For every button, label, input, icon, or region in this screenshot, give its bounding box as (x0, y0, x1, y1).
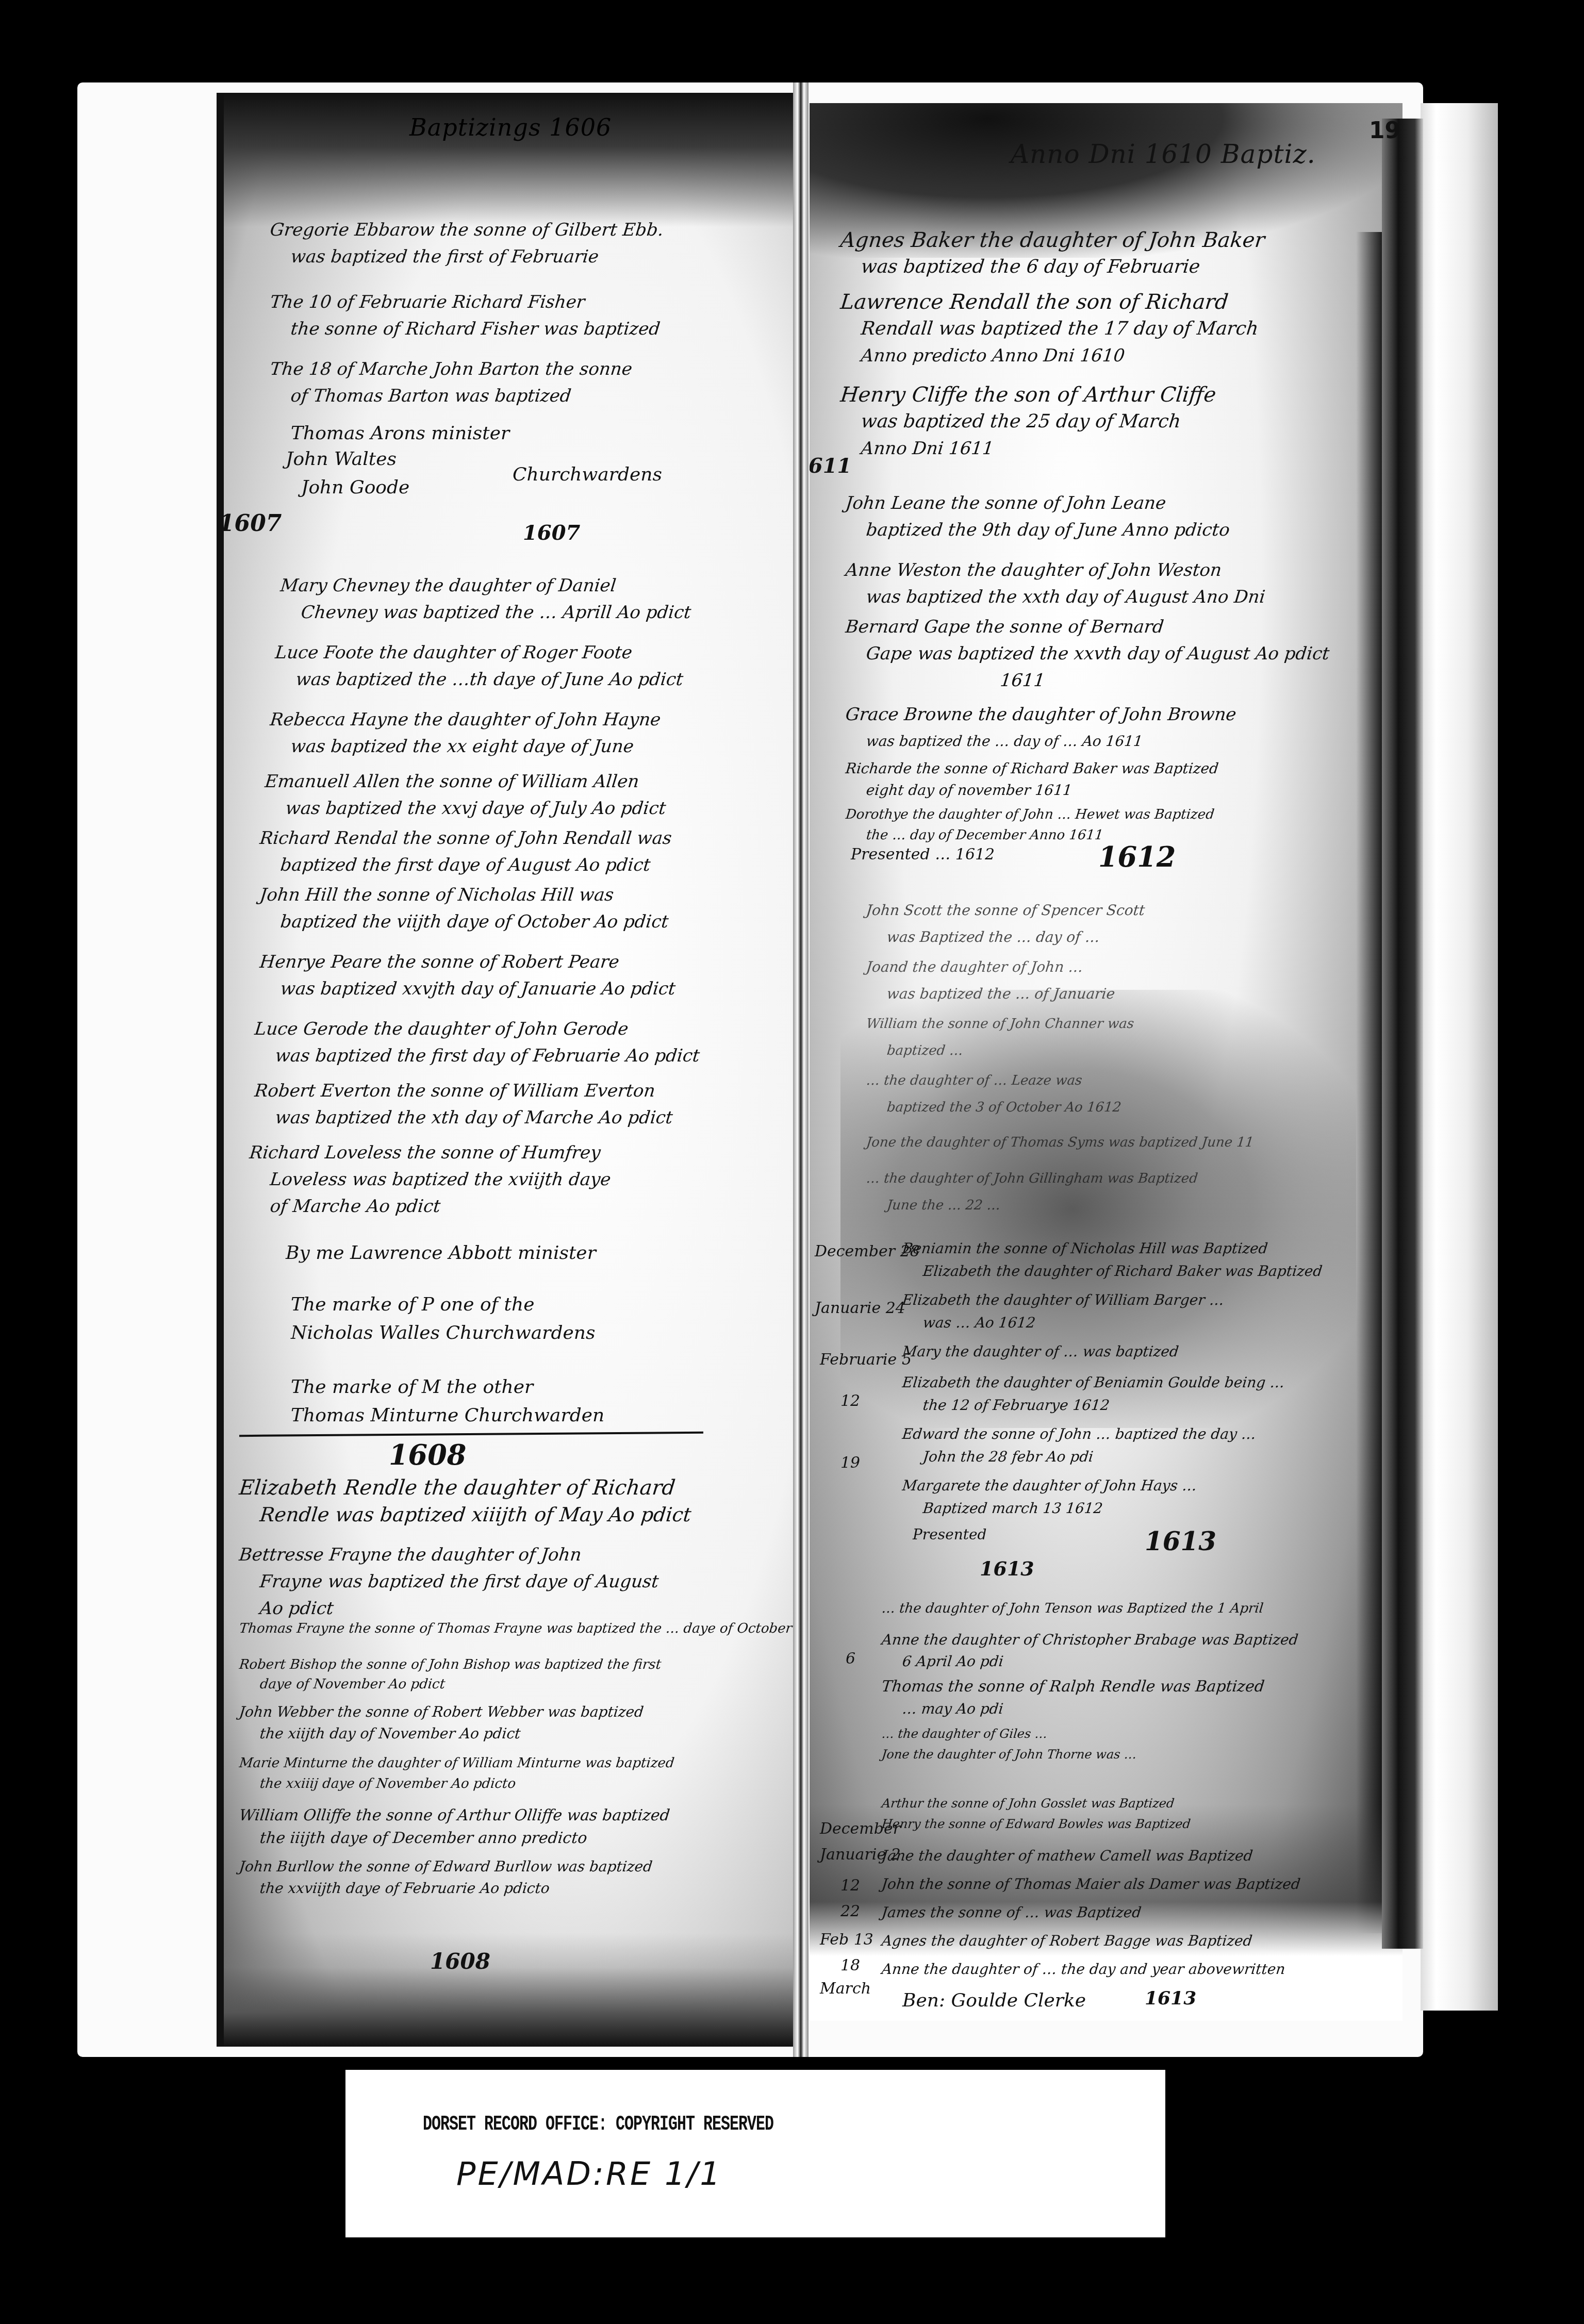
entry: John Burllow the sonne of Edward Burllow… (239, 1856, 801, 1899)
right-page-header: Anno Dni 1610 Baptiz. (1011, 139, 1316, 169)
churchwarden-mark: The marke of M the other (291, 1376, 533, 1398)
entry: Richard Rendal the sonne of John Rendall… (260, 825, 801, 878)
presented-note: Presented … 1612 (851, 845, 995, 864)
entry: Edward the sonne of John … baptized the … (902, 1423, 1402, 1468)
year-heading: 1612 (1098, 840, 1176, 873)
year-heading: 1607 (523, 521, 580, 545)
copyright-notice: DORSET RECORD OFFICE: COPYRIGHT RESERVED (423, 2113, 773, 2137)
minister-signature: By me Lawrence Abbott minister (286, 1242, 596, 1264)
entry: Beniamin the sonne of Nicholas Hill was … (902, 1237, 1402, 1283)
entry: John the sonne of Thomas Maier als Damer… (882, 1874, 1402, 1895)
section-divider (239, 1432, 703, 1437)
entry: The 18 of Marche John Barton the sonneof… (270, 356, 801, 409)
margin-date: March (820, 1980, 871, 1998)
entry: Elizabeth Rendle the daughter of Richard… (239, 1474, 801, 1528)
entry: Emanuell Allen the sonne of William Alle… (265, 768, 801, 822)
margin-date: 19 (840, 1454, 860, 1472)
entry: Luce Gerode the daughter of John Gerodew… (255, 1016, 801, 1069)
entry: Grace Browne the daughter of John Browne… (846, 701, 1402, 755)
presented-note: Presented (913, 1526, 987, 1543)
entry: Henrye Peare the sonne of Robert Pearewa… (260, 949, 801, 1002)
churchwarden-mark: The marke of P one of the (291, 1294, 534, 1315)
clerk-signature: Ben: Goulde Clerke (902, 1990, 1086, 2011)
entry: William the sonne of John Channer wasbap… (866, 1010, 1402, 1064)
entry: Bernard Gape the sonne of BernardGape wa… (846, 613, 1402, 694)
entry: Robert Bishop the sonne of John Bishop w… (239, 1655, 801, 1694)
right-manuscript-page: Anno Dni 1610 Baptiz. Agnes Baker the da… (810, 103, 1402, 2021)
entry: Agnes Baker the daughter of John Bakerwa… (840, 227, 1402, 280)
entry: Dorothye the daughter of John … Hewet wa… (846, 804, 1402, 845)
entry: Mary the daughter of … was baptized (902, 1340, 1402, 1363)
entry: … the daughter of Giles … (882, 1724, 1402, 1743)
entry: Thomas Frayne the sonne of Thomas Frayne… (239, 1619, 801, 1638)
margin-year: 1607 (219, 510, 282, 537)
entry: Jone the daughter of John Thorne was … (882, 1745, 1402, 1764)
margin-date: Februarie 5 (820, 1351, 912, 1369)
page-gutter (793, 82, 808, 2057)
page-edge-shadow (1382, 119, 1423, 1949)
entry: William Olliffe the sonne of Arthur Olli… (239, 1804, 801, 1850)
entry: Gregorie Ebbarow the sonne of Gilbert Eb… (270, 217, 801, 270)
entry: Bettresse Frayne the daughter of JohnFra… (239, 1541, 801, 1622)
minister-signature: Thomas Arons minister (291, 423, 509, 444)
margin-date: 12 (840, 1392, 860, 1410)
entry: Anne the daughter of Christopher Brabage… (882, 1629, 1402, 1672)
entry: Joand the daughter of John …was baptized… (866, 954, 1402, 1007)
footer-year: 1613 (1145, 1987, 1196, 2009)
entry: … the daughter of John Gillingham was Ba… (866, 1165, 1402, 1219)
entry: Jone the daughter of Thomas Syms was bap… (866, 1129, 1402, 1156)
entry: Robert Everton the sonne of William Ever… (255, 1077, 801, 1131)
entry: Thomas the sonne of Ralph Rendle was Bap… (882, 1675, 1402, 1720)
archive-label-card: DORSET RECORD OFFICE: COPYRIGHT RESERVED… (345, 2070, 1165, 2237)
warden-signature: John Waltes (286, 449, 397, 470)
entry: Marie Minturne the daughter of William M… (239, 1753, 801, 1794)
year-heading: 1613 (1145, 1526, 1216, 1556)
entry: Rebecca Hayne the daughter of John Hayne… (270, 706, 801, 760)
archive-reference: PE/MAD:RE 1/1 (456, 2155, 722, 2193)
entry: Henry Cliffe the son of Arthur Cliffewas… (840, 381, 1402, 462)
entry: … the daughter of John Tenson was Baptiz… (882, 1598, 1402, 1619)
entry: John Scott the sonne of Spencer Scottwas… (866, 897, 1402, 951)
entry: Anne the daughter of … the day and year … (882, 1959, 1402, 1980)
folio-number: 19 (1369, 118, 1400, 144)
binding-edge (1421, 103, 1498, 2011)
entry: Agnes the daughter of Robert Bagge was B… (882, 1931, 1402, 1951)
entry: Arthur the sonne of John Gosslet was Bap… (882, 1794, 1402, 1813)
entry: … the daughter of … Leaze wasbaptized th… (866, 1067, 1402, 1121)
entry: Richarde the sonne of Richard Baker was … (846, 758, 1402, 801)
margin-date: 22 (840, 1902, 860, 1920)
footer-year: 1608 (430, 1949, 490, 1974)
entry: Elizabeth the daughter of Beniamin Gould… (902, 1371, 1402, 1417)
churchwarden-name: Nicholas Walles Churchwardens (291, 1322, 595, 1343)
entry: Margarete the daughter of John Hays …Bap… (902, 1474, 1402, 1520)
entry: James the sonne of … was Baptized (882, 1902, 1402, 1923)
churchwarden-name: Thomas Minturne Churchwarden (291, 1405, 604, 1426)
margin-date: 12 (840, 1877, 860, 1895)
year-heading: 1608 (389, 1438, 466, 1471)
entry: John Hill the sonne of Nicholas Hill was… (260, 882, 801, 935)
margin-date: Feb 13 (820, 1931, 873, 1949)
entry: John Webber the sonne of Robert Webber w… (239, 1701, 801, 1745)
wardens-label: Churchwardens (513, 464, 662, 485)
margin-date: 6 (846, 1650, 855, 1668)
entry: Henry the sonne of Edward Bowles was Bap… (882, 1815, 1402, 1833)
year-heading: 1613 (980, 1557, 1034, 1580)
margin-date: 18 (840, 1956, 860, 1974)
margin-date: Januarie 24 (815, 1299, 905, 1317)
entry: Richard Loveless the sonne of HumfreyLov… (250, 1139, 801, 1220)
entry: Jane the daughter of mathew Camell was B… (882, 1846, 1402, 1866)
entry: Anne Weston the daughter of John Westonw… (846, 557, 1402, 610)
margin-year: 1611 (810, 454, 851, 478)
entry: Mary Chevney the daughter of DanielChevn… (280, 572, 801, 626)
entry: Luce Foote the daughter of Roger Footewa… (275, 639, 801, 693)
left-manuscript-page: Baptizings 1606 Gregorie Ebbarow the son… (217, 93, 801, 2047)
entry: Lawrence Rendall the son of RichardRenda… (840, 289, 1402, 369)
entry: John Leane the sonne of John Leanebaptiz… (846, 490, 1402, 543)
entry: The 10 of Februarie Richard Fisherthe so… (270, 289, 801, 342)
warden-signature: John Goode (301, 477, 409, 498)
left-page-header: Baptizings 1606 (409, 113, 612, 141)
entry: Elizabeth the daughter of William Barger… (902, 1289, 1402, 1334)
